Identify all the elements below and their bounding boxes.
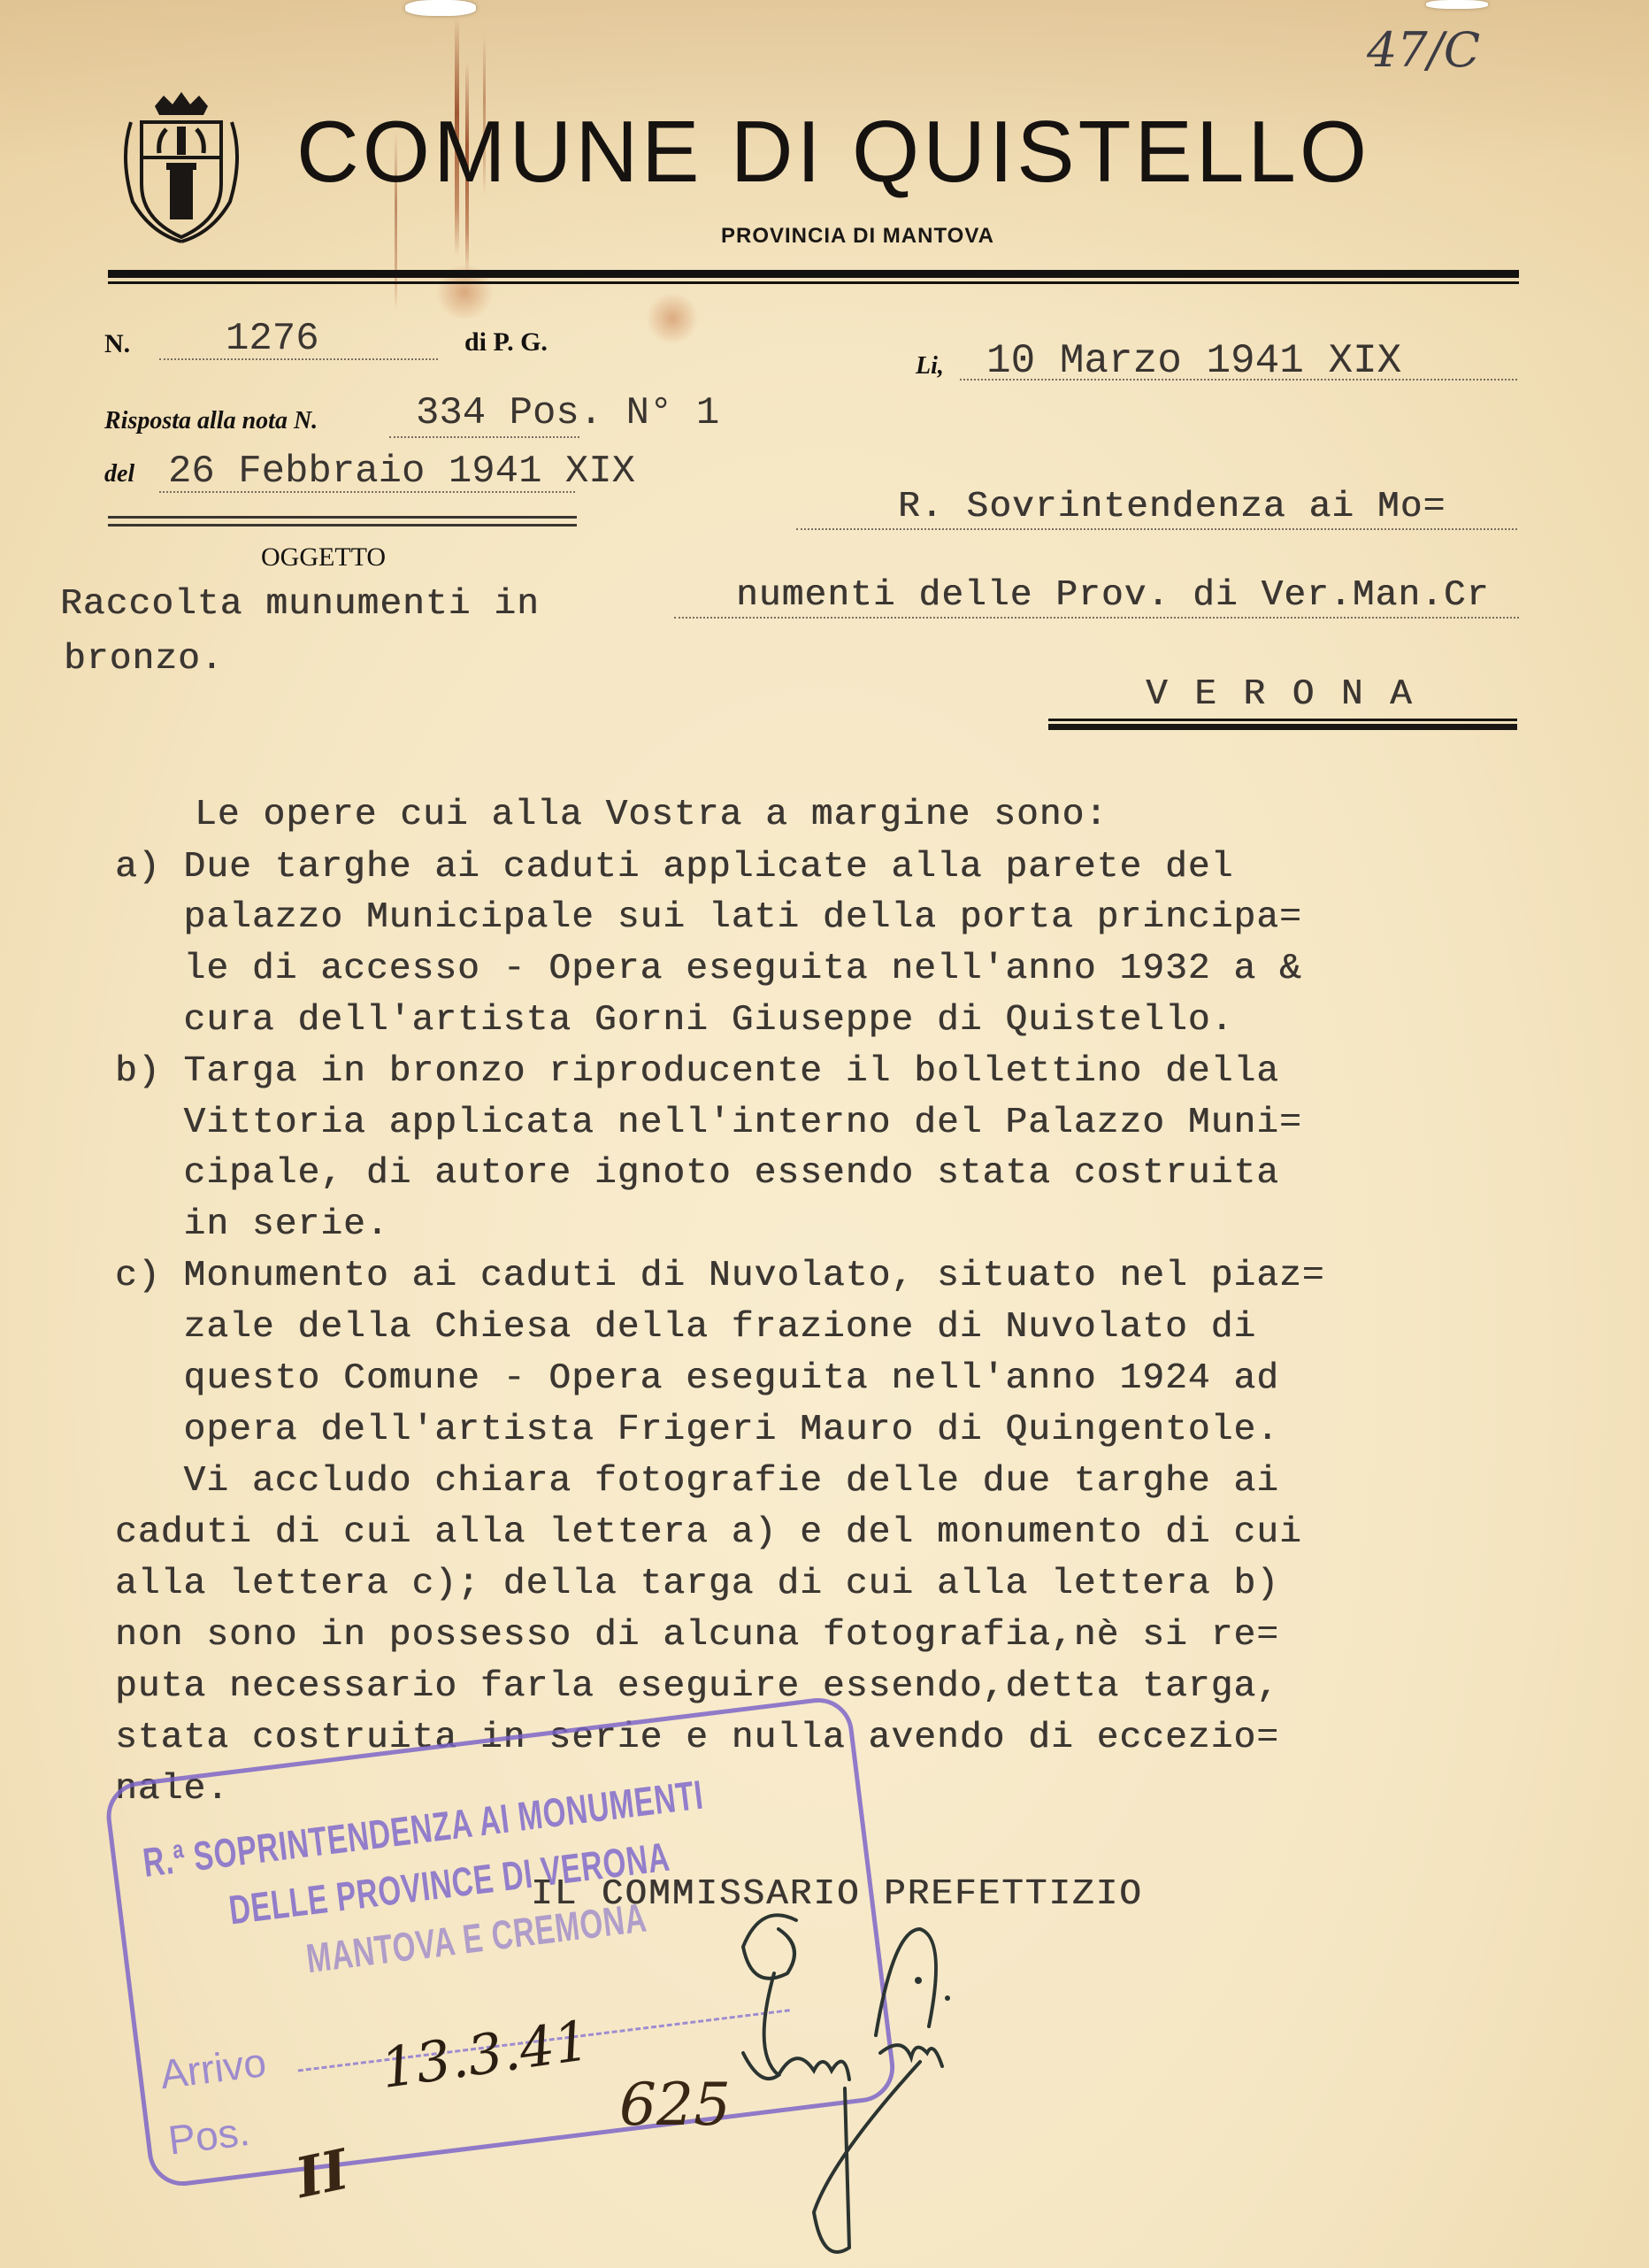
protocol-rule — [108, 516, 577, 519]
body-line: Vi accludo chiara fotografie delle due t… — [115, 1461, 1279, 1502]
reply-note-line — [389, 436, 579, 438]
header-rule — [108, 270, 1519, 278]
subject-line-2: bronzo. — [64, 639, 224, 680]
city-rule — [1048, 719, 1517, 721]
body-line: cipale, di autore ignoto essendo stata c… — [115, 1153, 1279, 1194]
rust-stain — [646, 292, 699, 345]
body-line: le di accesso - Opera eseguita nell'anno… — [115, 949, 1302, 989]
body-line: non sono in possesso di alcuna fotografi… — [115, 1615, 1279, 1656]
protocol-rule — [108, 524, 577, 527]
body-line: questo Comune - Opera eseguita nell'anno… — [115, 1358, 1279, 1399]
municipal-coat-of-arms-icon — [115, 87, 248, 246]
date-value: 10 Marzo 1941 XIX — [986, 338, 1401, 384]
letterhead-subtitle: PROVINCIA DI MANTOVA — [721, 224, 994, 249]
reply-note-label: Risposta alla nota N. — [104, 407, 318, 435]
header-rule-thin — [108, 281, 1519, 284]
protocol-number-label: N. — [104, 329, 130, 359]
body-line: cura dell'artista Gorni Giuseppe di Quis… — [115, 1000, 1233, 1041]
body-line: in serie. — [115, 1204, 389, 1245]
body-line: b) Targa in bronzo riproducente il bolle… — [115, 1051, 1279, 1092]
subject-line-1: Raccolta munumenti in — [60, 584, 540, 625]
body-line: opera dell'artista Frigeri Mauro di Quin… — [115, 1410, 1279, 1450]
recipient-city: V E R O N A — [1146, 674, 1415, 715]
date-label: Li, — [916, 352, 944, 381]
reply-note-value: 334 Pos. N° 1 — [416, 391, 719, 435]
reply-date-value: 26 Febbraio 1941 XIX — [168, 450, 635, 494]
body-line: alla lettera c); della targa di cui alla… — [115, 1564, 1279, 1604]
city-rule-thick — [1048, 724, 1517, 730]
body-line: Le opere cui alla Vostra a margine sono: — [195, 795, 1108, 835]
reply-date-label: del — [104, 460, 134, 488]
paper-tear — [1426, 0, 1488, 9]
recipient-line-1: R. Sovrintendenza ai Mo= — [898, 487, 1446, 527]
recipient-line-2-rule — [674, 617, 1519, 619]
body-line: zale della Chiesa della frazione di Nuvo… — [115, 1307, 1256, 1348]
body-line: c) Monumento ai caduti di Nuvolato, situ… — [115, 1256, 1325, 1296]
body-line: Vittoria applicata nell'interno del Pala… — [115, 1103, 1302, 1143]
protocol-number-value: 1276 — [226, 317, 319, 361]
body-line: caduti di cui alla lettera a) e del monu… — [115, 1512, 1302, 1553]
handwritten-signature-icon — [690, 1876, 1009, 2265]
subject-label: OGGETTO — [261, 542, 386, 573]
letterhead-title: COMUNE DI QUISTELLO — [296, 108, 1370, 195]
body-line: a) Due targhe ai caduti applicate alla p… — [115, 847, 1233, 888]
body-line: palazzo Municipale sui lati della porta … — [115, 897, 1302, 938]
protocol-number-suffix: di P. G. — [464, 327, 548, 357]
recipient-line-1-rule — [796, 528, 1517, 530]
stamp-arrivo-label: Arrivo — [157, 2038, 269, 2098]
recipient-line-2: numenti delle Prov. di Ver.Man.Cr — [736, 575, 1490, 616]
paper-tear — [405, 0, 476, 16]
archive-mark: 47/C — [1367, 22, 1480, 78]
body-line: puta necessario farla eseguire essendo,d… — [115, 1666, 1279, 1707]
stamp-pos-label: Pos. — [165, 2107, 252, 2164]
